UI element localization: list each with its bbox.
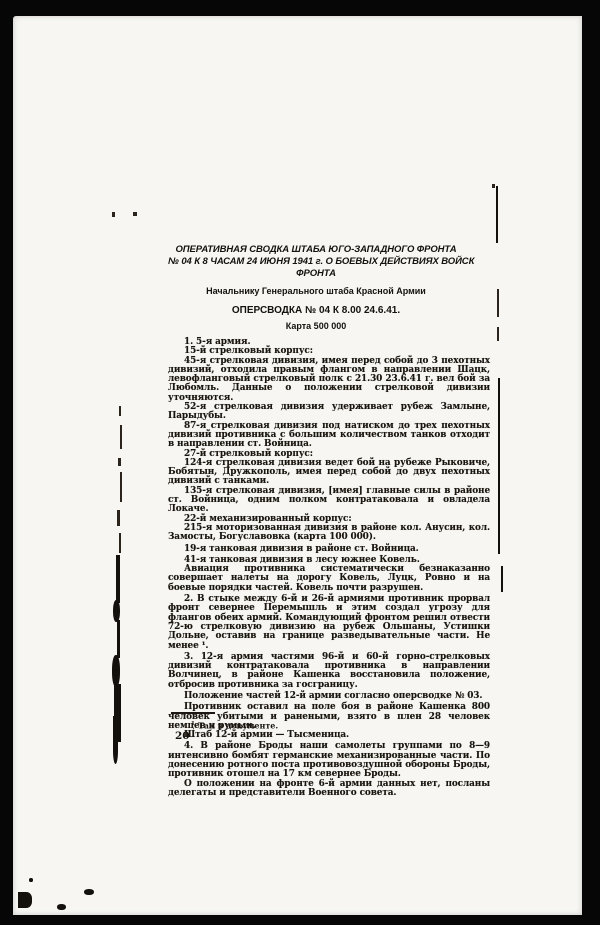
scanned-document: ОПЕРАТИВНАЯ СВОДКА ШТАБА ЮГО-ЗАПАДНОГО Ф… [0,0,600,925]
paragraph: О положении на фронте 6-й армии данных н… [168,780,490,799]
scan-artifact [120,472,122,502]
scan-artifact [117,620,120,658]
scan-artifact [118,458,121,466]
paragraph: 124-я стрелковая дивизия ведет бой на ру… [168,459,490,487]
scan-artifact [84,889,94,895]
document-header: ОПЕРАТИВНАЯ СВОДКА ШТАБА ЮГО-ЗАПАДНОГО Ф… [168,244,490,332]
paragraph: Положение частей 12-й армии согласно опе… [168,692,490,701]
scan-artifact [498,378,500,554]
paragraph: 135-я стрелковая дивизия, [имея] главные… [168,487,490,515]
scan-artifact [497,327,499,341]
scan-artifact [119,406,121,416]
paragraph: 215-я моторизованная дивизия в районе ко… [168,524,490,543]
scan-artifact [112,655,120,687]
paragraph: 2. В стыке между 6-й и 26-й армиями прот… [168,595,490,651]
title-line: ОПЕРАТИВНАЯ СВОДКА ШТАБА ЮГО-ЗАПАДНОГО Ф… [168,244,464,256]
paragraph: 3. 12-я армия частями 96-й и 60-й горно-… [168,653,490,690]
title-line: ФРОНТА [168,268,464,280]
scan-artifact [113,716,119,740]
scan-artifact [18,892,32,908]
map-line: Карта 500 000 [168,321,464,332]
scan-artifact [113,600,120,622]
document-title: ОПЕРАТИВНАЯ СВОДКА ШТАБА ЮГО-ЗАПАДНОГО Ф… [168,244,464,280]
scan-artifact [113,738,118,764]
paragraph: 19-я танковая дивизия в районе ст. Войни… [168,545,490,554]
footnote-rule [171,712,215,714]
title-line: № 04 К 8 ЧАСАМ 24 ИЮНЯ 1941 г. О БОЕВЫХ … [168,256,464,268]
addressee-line: Начальнику Генерального штаба Красной Ар… [168,286,464,297]
scan-artifact [496,186,498,243]
scan-artifact [119,533,121,553]
scan-artifact [501,566,503,592]
paragraph: Штаб 12-й армии — Тысменица. [168,731,490,740]
scan-artifact [57,904,66,910]
scan-artifact [133,212,137,216]
scan-artifact [117,510,120,526]
paragraph: Авиация противника систематически безнак… [168,565,490,593]
paragraph: 45-я стрелковая дивизия, имея перед собо… [168,357,490,403]
text-column: ОПЕРАТИВНАЯ СВОДКА ШТАБА ЮГО-ЗАПАДНОГО Ф… [168,244,490,798]
paragraph: 4. В районе Броды наши самолеты группами… [168,742,490,779]
scan-artifact [497,289,499,317]
footnote-text: Так в документе. [198,721,278,731]
document-page: ОПЕРАТИВНАЯ СВОДКА ШТАБА ЮГО-ЗАПАДНОГО Ф… [13,16,582,915]
scan-artifact [112,212,115,217]
scan-artifact [120,425,122,449]
scan-artifact [29,878,33,882]
paragraph: 87-я стрелковая дивизия под натиском до … [168,422,490,450]
footnote: 1Так в документе. [191,719,278,731]
opersvodka-line: ОПЕРСВОДКА № 04 К 8.00 24.6.41. [168,305,464,317]
page-number: 20 [175,730,190,742]
scan-artifact [116,555,120,603]
footnote-marker: 1 [191,721,195,727]
paragraph: 52-я стрелковая дивизия удерживает рубеж… [168,403,490,422]
scan-artifact [492,184,495,188]
